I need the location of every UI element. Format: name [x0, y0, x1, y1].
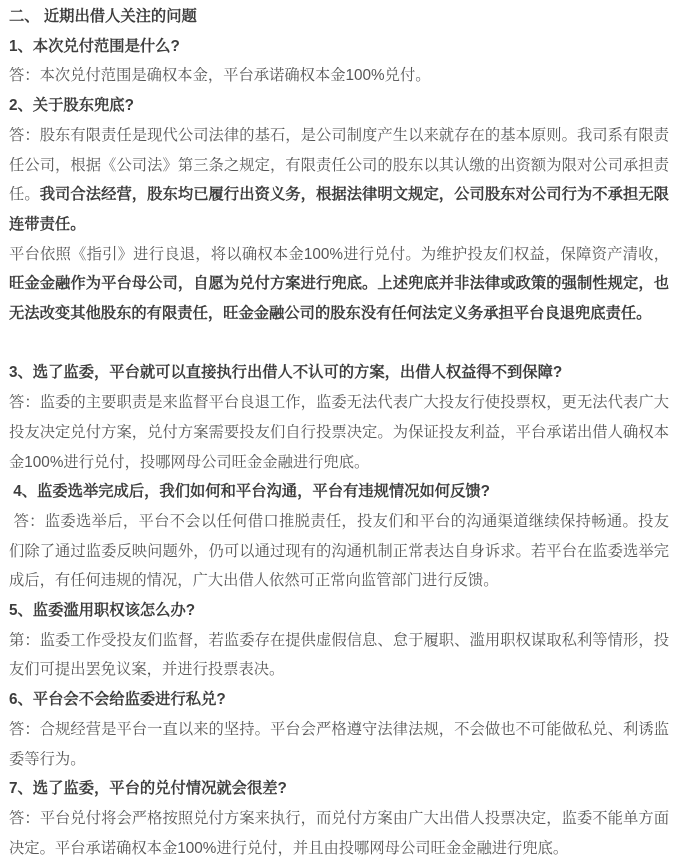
section-heading: 二、 近期出借人关注的问题 [9, 2, 669, 32]
answer-paragraph: 答：合规经营是平台一直以来的坚持。平台会严格遵守法律法规，不会做也不可能做私兑、… [9, 715, 669, 774]
question-heading: 5、监委滥用职权该怎么办? [9, 596, 669, 626]
answer-paragraph: 答：本次兑付范围是确权本金，平台承诺确权本金100%兑付。 [9, 61, 669, 91]
answer-paragraph: 平台依照《指引》进行良退，将以确权本金100%进行兑付。为维护投友们权益，保障资… [9, 240, 669, 329]
question-heading: 6、平台会不会给监委进行私兑? [9, 685, 669, 715]
bold-text-run: 7、选了监委，平台的兑付情况就会很差? [9, 780, 287, 797]
text-run: 答：监委选举后，平台不会以任何借口推脱责任，投友们和平台的沟通渠道继续保持畅通。… [9, 513, 669, 589]
text-run: 平台依照《指引》进行良退，将以确权本金100%进行兑付。为维护投友们权益，保障资… [9, 246, 669, 263]
bold-text-run: 我司合法经营，股东均已履行出资义务，根据法律明文规定，公司股东对公司行为不承担无… [9, 186, 669, 233]
text-run: 答：本次兑付范围是确权本金，平台承诺确权本金100%兑付。 [9, 67, 431, 84]
answer-paragraph: 答：监委选举后，平台不会以任何借口推脱责任，投友们和平台的沟通渠道继续保持畅通。… [9, 507, 669, 596]
answer-paragraph: 答：股东有限责任是现代公司法律的基石，是公司制度产生以来就存在的基本原则。我司系… [9, 121, 669, 240]
answer-paragraph: 答：平台兑付将会严格按照兑付方案来执行，而兑付方案由广大出借人投票决定，监委不能… [9, 804, 669, 863]
question-heading: 7、选了监委，平台的兑付情况就会很差? [9, 774, 669, 804]
bold-text-run: 4、监委选举完成后，我们如何和平台沟通，平台有违规情况如何反馈? [9, 483, 490, 500]
question-heading: 3、选了监委，平台就可以直接执行出借人不认可的方案，出借人权益得不到保障? [9, 358, 669, 388]
bold-text-run: 1、本次兑付范围是什么? [9, 38, 180, 55]
text-run: 答：监委的主要职责是来监督平台良退工作，监委无法代表广大投友行使投票权，更无法代… [9, 394, 669, 470]
answer-paragraph: 第：监委工作受投友们监督，若监委存在提供虚假信息、怠于履职、滥用职权谋取私利等情… [9, 626, 669, 685]
blank-line [9, 329, 669, 359]
bold-text-run: 二、 近期出借人关注的问题 [9, 8, 197, 25]
text-run: 答：合规经营是平台一直以来的坚持。平台会严格遵守法律法规，不会做也不可能做私兑、… [9, 721, 669, 768]
question-heading: 4、监委选举完成后，我们如何和平台沟通，平台有违规情况如何反馈? [9, 477, 669, 507]
text-run: 答：平台兑付将会严格按照兑付方案来执行，而兑付方案由广大出借人投票决定，监委不能… [9, 810, 669, 857]
bold-text-run: 3、选了监委，平台就可以直接执行出借人不认可的方案，出借人权益得不到保障? [9, 364, 562, 381]
question-heading: 2、关于股东兜底? [9, 91, 669, 121]
question-heading: 1、本次兑付范围是什么? [9, 32, 669, 62]
bold-text-run: 2、关于股东兜底? [9, 97, 134, 114]
bold-text-run: 旺金金融作为平台母公司，自愿为兑付方案进行兜底。上述兜底并非法律或政策的强制性规… [9, 275, 669, 322]
bold-text-run: 6、平台会不会给监委进行私兑? [9, 691, 226, 708]
faq-document: 二、 近期出借人关注的问题1、本次兑付范围是什么?答：本次兑付范围是确权本金，平… [0, 0, 678, 863]
bold-text-run: 5、监委滥用职权该怎么办? [9, 602, 195, 619]
answer-paragraph: 答：监委的主要职责是来监督平台良退工作，监委无法代表广大投友行使投票权，更无法代… [9, 388, 669, 477]
text-run: 第：监委工作受投友们监督，若监委存在提供虚假信息、怠于履职、滥用职权谋取私利等情… [9, 632, 669, 679]
